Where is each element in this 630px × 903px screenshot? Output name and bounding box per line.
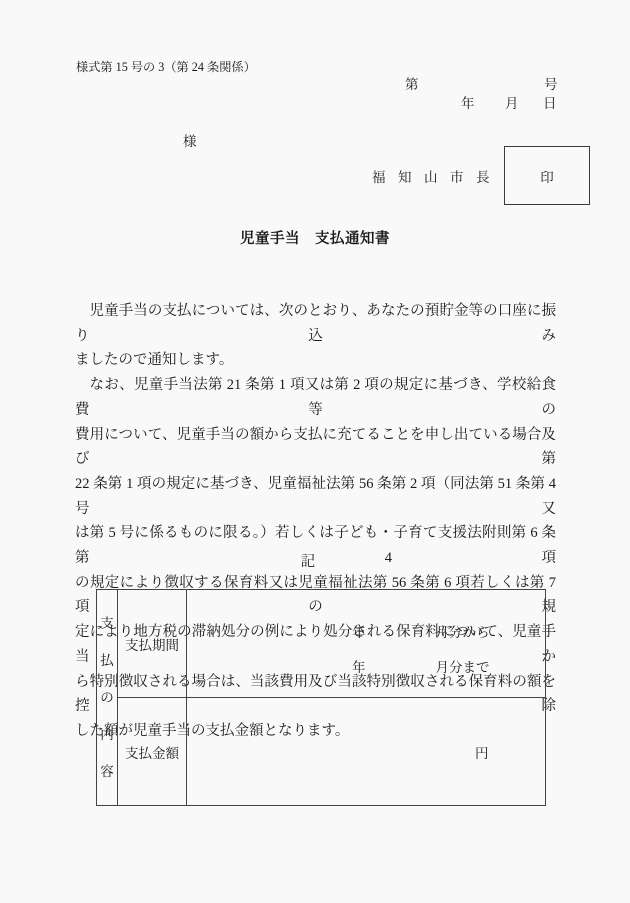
body-line: 22 条第 1 項の規定に基づき、児童福祉法第 56 条第 2 項（同法第 51… xyxy=(75,472,556,521)
payment-amount-label: 支払金額 xyxy=(125,742,179,762)
table-section-header-cell: 支払の内容 xyxy=(97,590,118,805)
date-month-label: 月 xyxy=(505,92,519,112)
payment-period-label-cell: 支払期間 xyxy=(118,590,187,698)
doc-number-prefix: 第 xyxy=(405,73,419,93)
date-year-label: 年 xyxy=(461,92,475,112)
period-from-year-label: 年 xyxy=(352,623,366,642)
seal-box: 印 xyxy=(504,146,590,205)
period-to-suffix: 月分まで xyxy=(436,658,490,677)
form-number: 様式第 15 号の 3（第 24 条関係） xyxy=(76,58,256,75)
payment-details-table: 支払の内容 支払期間 年 月分から 年 月分まで 支払金額 円 xyxy=(96,589,546,806)
sender-title: 福知山市長 xyxy=(372,166,502,186)
period-from-suffix: 月分から xyxy=(436,623,490,642)
doc-number-suffix: 号 xyxy=(544,73,558,93)
payment-amount-label-cell: 支払金額 xyxy=(118,698,187,805)
document-page: 様式第 15 号の 3（第 24 条関係） 第 号 年 月 日 様 福知山市長 … xyxy=(0,0,630,903)
body-line: ましたので通知します。 xyxy=(75,348,556,373)
note-marker: 記 xyxy=(75,550,541,571)
seal-placeholder: 印 xyxy=(540,166,554,186)
period-to-line: 年 月分まで xyxy=(187,658,545,677)
period-to-year-label: 年 xyxy=(352,658,366,677)
date-day-label: 日 xyxy=(543,92,557,112)
period-from-line: 年 月分から xyxy=(187,623,545,642)
payment-period-label: 支払期間 xyxy=(125,634,179,654)
body-line: 費用について、児童手当の額から支払に充てることを申し出ている場合及び第 xyxy=(75,423,556,472)
body-line: なお、児童手当法第 21 条第 1 項又は第 2 項の規定に基づき、学校給食費等… xyxy=(75,373,556,422)
section-label-vertical: 支払の内容 xyxy=(100,605,115,790)
body-line: 児童手当の支払については、次のとおり、あなたの預貯金等の口座に振り込み xyxy=(75,299,556,348)
payment-amount-unit: 円 xyxy=(475,742,489,762)
document-title: 児童手当 支払通知書 xyxy=(0,227,630,248)
addressee-honorific: 様 xyxy=(183,130,197,150)
payment-period-value-cell: 年 月分から 年 月分まで xyxy=(187,590,545,698)
payment-amount-value-cell: 円 xyxy=(187,698,545,805)
